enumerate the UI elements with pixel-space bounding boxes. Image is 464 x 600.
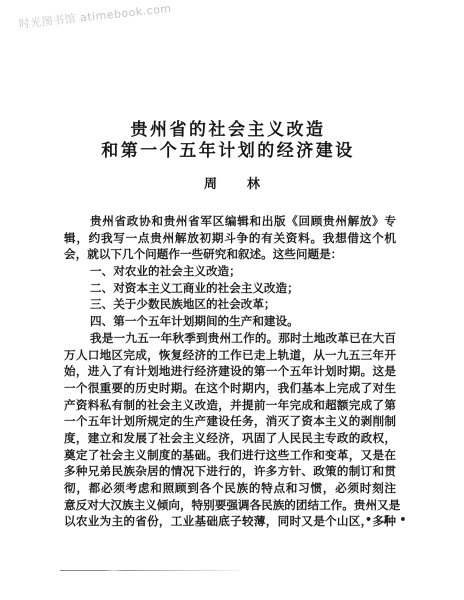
author-surname: 周	[204, 173, 217, 192]
body-line: 辑，约我写一点贵州解放初期斗争的有关资料。我想借这个机	[64, 230, 396, 247]
body-line: 奠定了社会主义制度的基础。我们进行这些工作和变革，又是在	[64, 447, 396, 464]
body-line: 万人口地区完成，恢复经济的工作已走上轨道，从一九五三年开	[64, 347, 396, 364]
body-line: 产资料私有制的社会主义改造，并提前一年完成和超额完成了第	[64, 397, 396, 414]
article-author: 周林	[0, 173, 464, 192]
body-line: 始，进入了有计划地进行经济建设的第一个五年计划时期。这是	[64, 363, 396, 380]
list-item-2: 二、对资本主义工商业的社会主义改造；	[64, 280, 396, 297]
body-line: 一个很重要的历史时期。在这个时期内，我们基本上完成了对生	[64, 380, 396, 397]
body-line: 一个五年计划所规定的生产建设任务，消灭了资本主义的剥削制	[64, 413, 396, 430]
article-title-line-2: 和第一个五年计划的经济建设	[0, 140, 460, 162]
article-title-line-1: 贵州省的社会主义改造	[0, 119, 460, 141]
body-line: 我是一九五一年秋季到贵州工作的。那时土地改革已在大百	[64, 330, 396, 347]
author-given-name: 林	[247, 173, 260, 192]
body-line: 度，建立和发展了社会主义经济，巩固了人民民主专政的政权，	[64, 430, 396, 447]
article-body: 贵州省政协和贵州省军区编辑和出版《回顾贵州解放》专 辑，约我写一点贵州解放初期斗…	[64, 213, 396, 530]
body-line: 意反对大汉族主义倾向，特别要强调各民族的团结工作。贵州又是	[64, 497, 396, 514]
list-item-1: 一、对农业的社会主义改造；	[64, 263, 396, 280]
list-item-3: 三、关于少数民族地区的社会改革；	[64, 296, 396, 313]
watermark-text: 时光图书馆 atimebook.com	[18, 0, 172, 32]
body-line: 以农业为主的省份，工业基础底子较薄，同时又是个山区，多种	[64, 513, 396, 530]
scan-artifact-line	[60, 570, 240, 571]
list-item-4: 四、第一个五年计划期间的生产和建设。	[64, 313, 396, 330]
body-line: 会，就以下几个问题作一些研究和叙述。这些问题是：	[64, 246, 396, 263]
body-line: 贵州省政协和贵州省军区编辑和出版《回顾贵州解放》专	[64, 213, 396, 230]
body-line: 多种兄弟民族杂居的情况下进行的，许多方针、政策的制订和贯	[64, 463, 396, 480]
body-line: 彻，都必须考虑和照顾到各个民族的特点和习惯，必须时刻注	[64, 480, 396, 497]
page-number: • 1 •	[365, 513, 409, 526]
